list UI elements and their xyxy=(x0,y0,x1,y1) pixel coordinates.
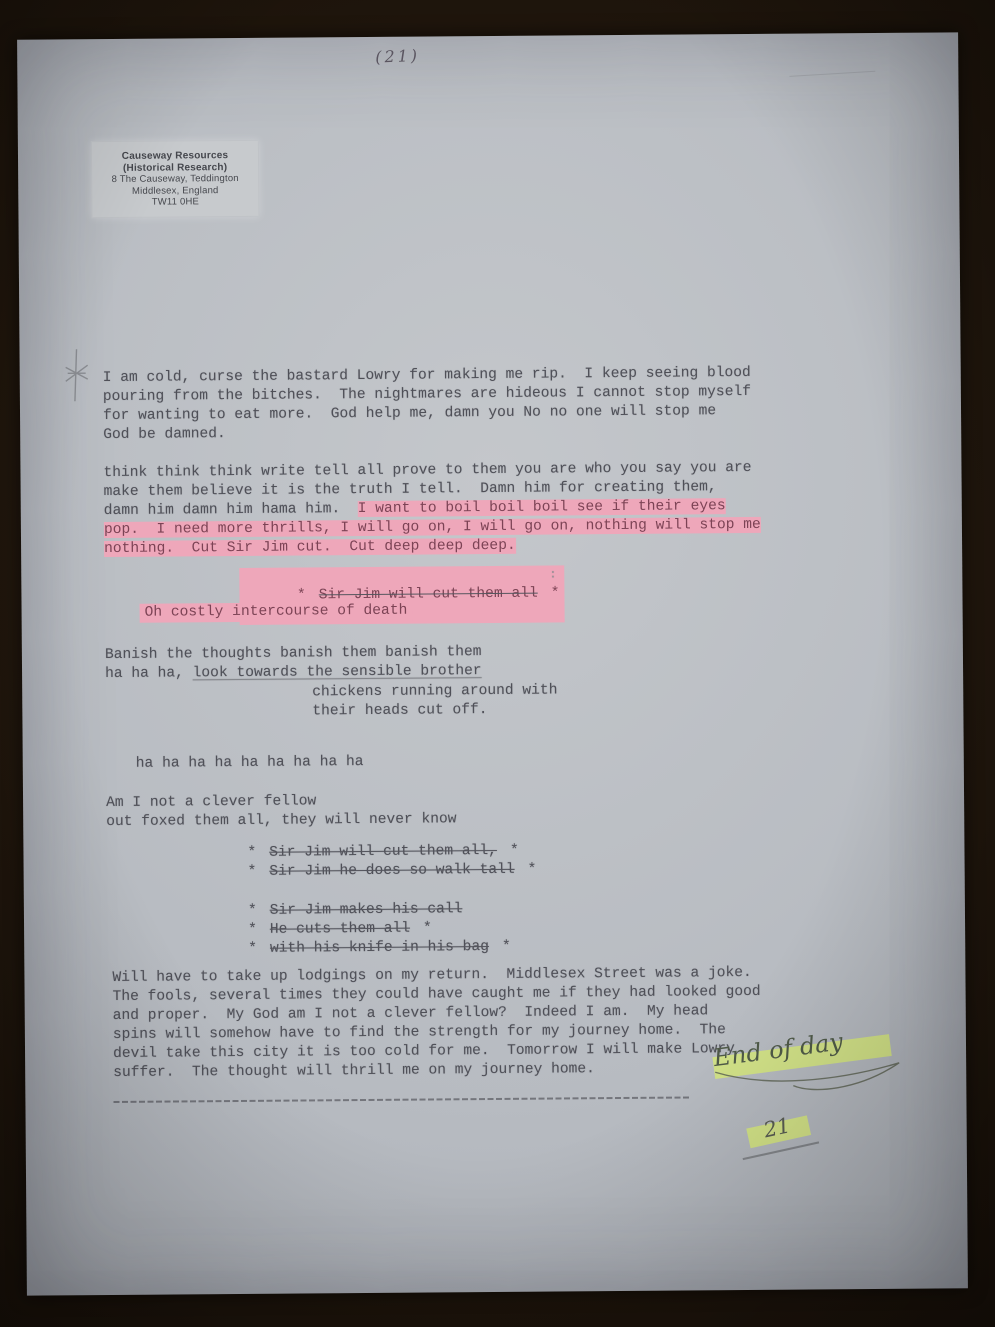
asterisk: * xyxy=(502,939,511,955)
highlighted-text: I want to boil boil boil see if their ey… xyxy=(358,498,726,517)
struck-text: with his knife in his bag xyxy=(270,939,489,957)
highlighted-text: Oh costly intercourse of death xyxy=(140,602,413,623)
typed-text: damn him damn him hama him. xyxy=(104,501,358,519)
highlighted-phrase: Oh costly intercourse of death xyxy=(140,602,413,623)
typed-line: their heads cut off. xyxy=(312,700,557,721)
pencil-stray-line xyxy=(789,71,875,77)
letterhead-stamp: Causeway Resources (Historical Research)… xyxy=(91,140,260,218)
handwritten-page-number-top: (21) xyxy=(375,46,421,67)
asterisk: * xyxy=(248,864,257,880)
struck-text: He cuts them all xyxy=(270,921,410,938)
pencil-colon-mark: : xyxy=(549,565,556,584)
paragraph-1: I am cold, curse the bastard Lowry for m… xyxy=(103,364,752,445)
pencil-asterisk-mark xyxy=(61,347,91,408)
highlighted-line: pop. I need more thrills, I will go on, … xyxy=(104,517,761,538)
document-page: (21) Causeway Resources (Historical Rese… xyxy=(17,32,968,1295)
asterisk: * xyxy=(248,922,257,938)
asterisk: * xyxy=(247,845,256,861)
typed-line: suffer. The thought will thrill me on my… xyxy=(113,1059,761,1083)
asterisk: * xyxy=(297,587,306,603)
asterisk: * xyxy=(423,920,432,936)
pen-swoosh-underline xyxy=(707,1061,907,1099)
end-of-day-annotation: End of day xyxy=(707,1031,908,1103)
paragraph-3-indented: chickens running around with their heads… xyxy=(312,681,558,721)
bottom-page-number-annotation: 21 xyxy=(734,1109,834,1166)
asterisk: * xyxy=(528,862,537,878)
struck-text: Sir Jim makes his call xyxy=(270,901,463,919)
paragraph-3: Banish the thoughts banish them banish t… xyxy=(105,643,482,684)
struck-text: Sir Jim will cut them all, xyxy=(269,843,497,861)
struck-text: Sir Jim he does so walk tall xyxy=(269,862,514,880)
asterisk: * xyxy=(551,585,560,601)
highlighted-line: nothing. Cut Sir Jim cut. Cut deep deep … xyxy=(104,538,516,557)
asterisk: * xyxy=(510,843,519,859)
typed-line-with-underline: ha ha ha, look towards the sensible brot… xyxy=(105,662,482,684)
paragraph-4: Am I not a clever fellow out foxed them … xyxy=(106,791,457,832)
asterisk: * xyxy=(248,903,257,919)
paragraph-5: Will have to take up lodgings on my retu… xyxy=(112,964,761,1083)
typed-line: chickens running around with xyxy=(312,681,557,702)
typed-text: ha ha ha, xyxy=(105,665,193,682)
struck-text: Sir Jim will cut them all xyxy=(319,586,538,604)
letterhead-line: TW11 0HE xyxy=(95,196,255,209)
laugh-line: ha ha ha ha ha ha ha ha ha xyxy=(136,753,364,774)
underlined-text: look towards the sensible brother xyxy=(193,663,482,681)
struck-stanza-2: *Sir Jim makes his call *He cuts them al… xyxy=(248,900,511,959)
asterisk: * xyxy=(248,941,257,957)
typed-line: out foxed them all, they will never know xyxy=(106,810,456,832)
letterhead-line: 8 The Causeway, Teddington xyxy=(95,173,255,186)
typed-dashed-rule xyxy=(113,1096,691,1102)
paragraph-2: think think think write tell all prove t… xyxy=(103,459,761,559)
typed-line: God be damned. xyxy=(103,421,751,445)
struck-stanza-1: *Sir Jim will cut them all,* *Sir Jim he… xyxy=(247,842,536,882)
